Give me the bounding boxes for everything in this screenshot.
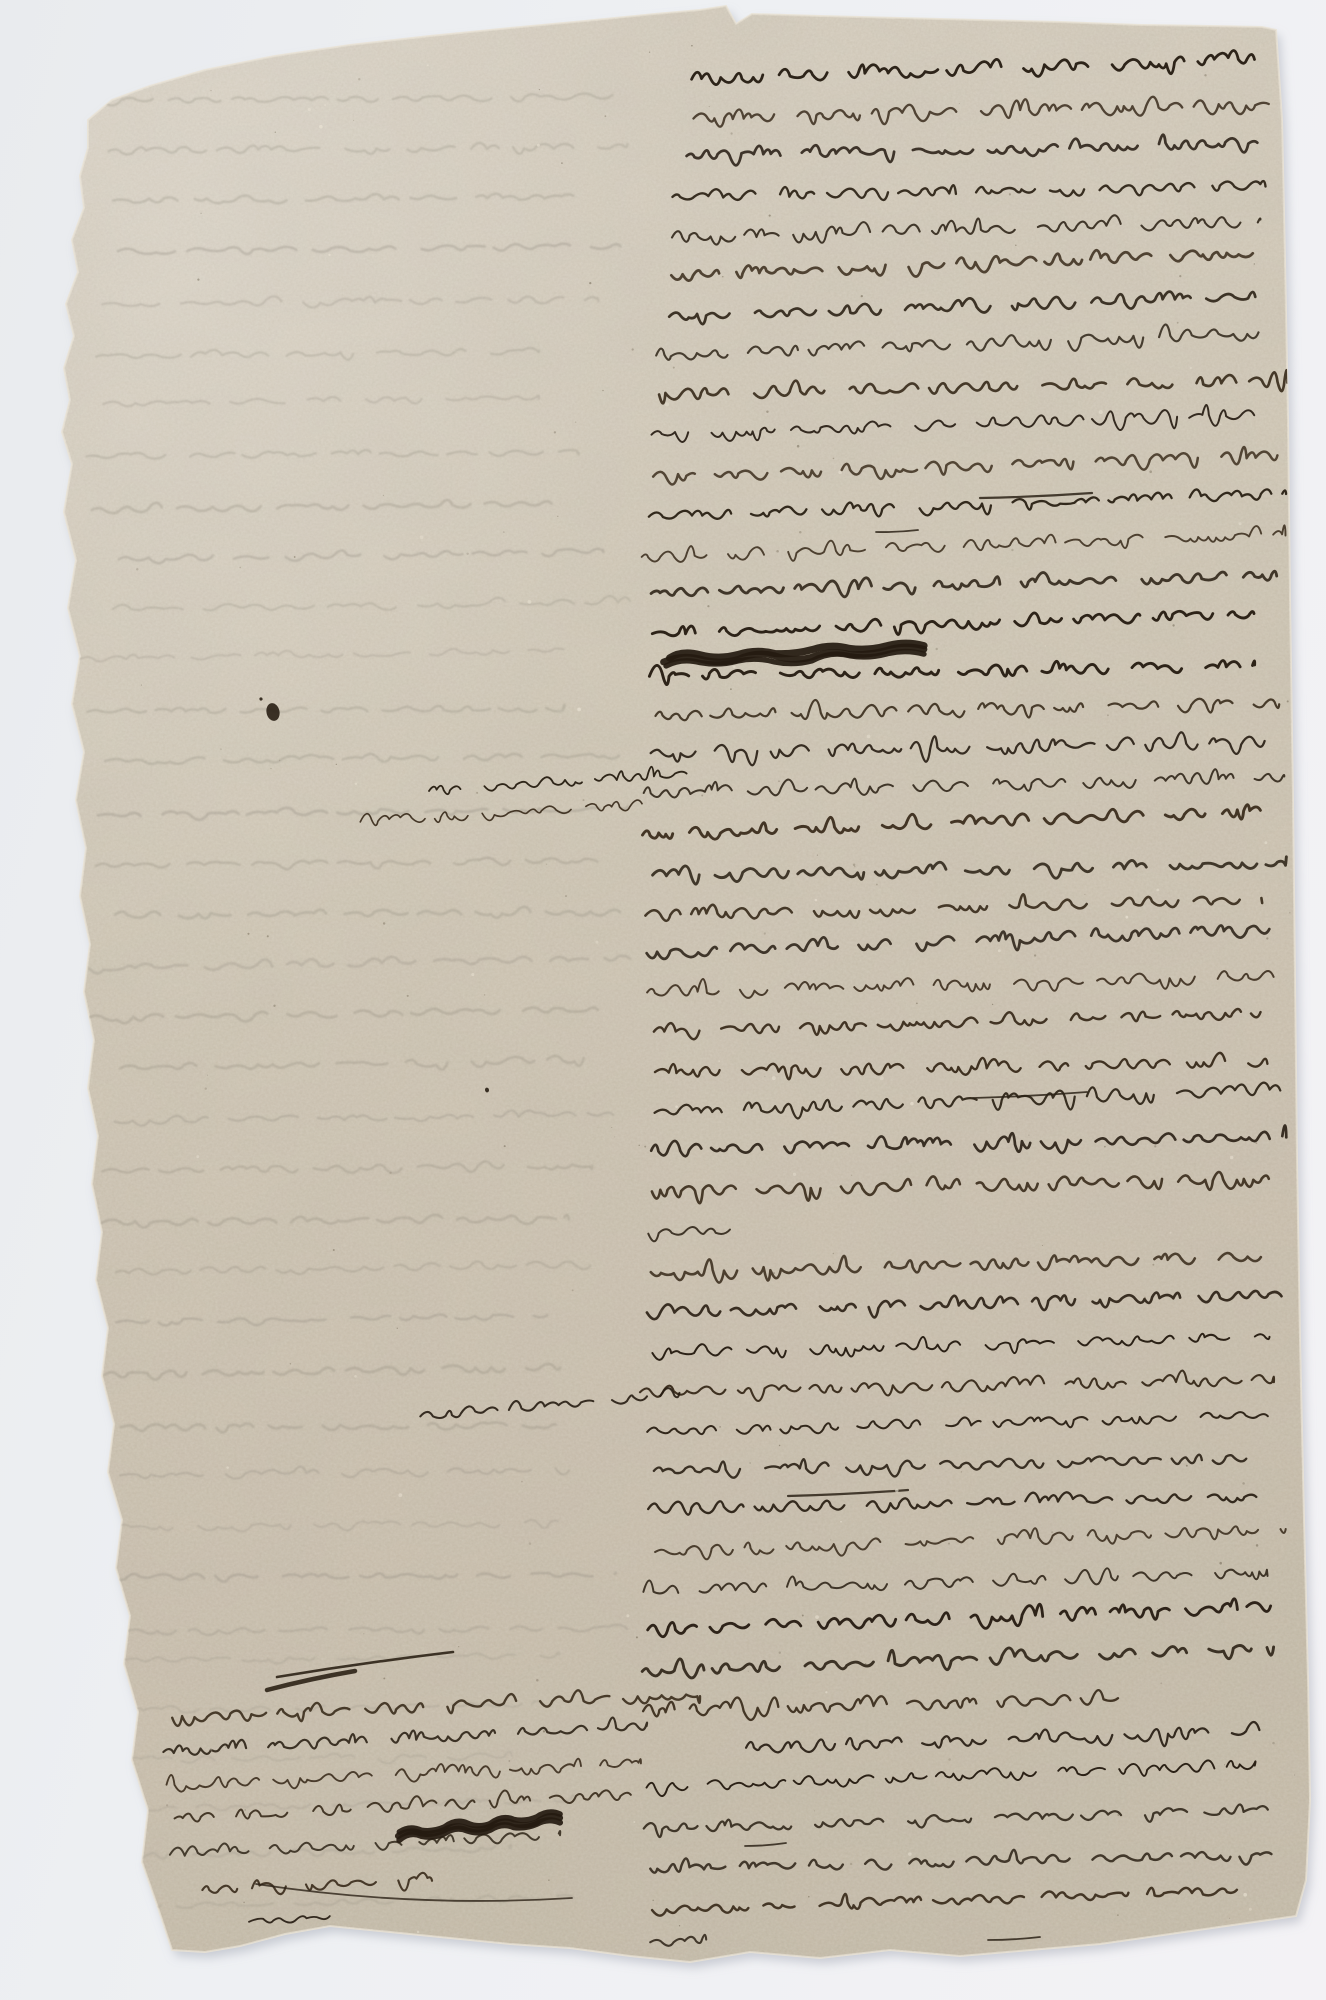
edge-scuff	[123, 1814, 137, 1846]
manuscript-page	[0, 0, 1326, 2000]
scan-background	[0, 0, 1326, 2000]
paper-texture	[0, 0, 1326, 2000]
